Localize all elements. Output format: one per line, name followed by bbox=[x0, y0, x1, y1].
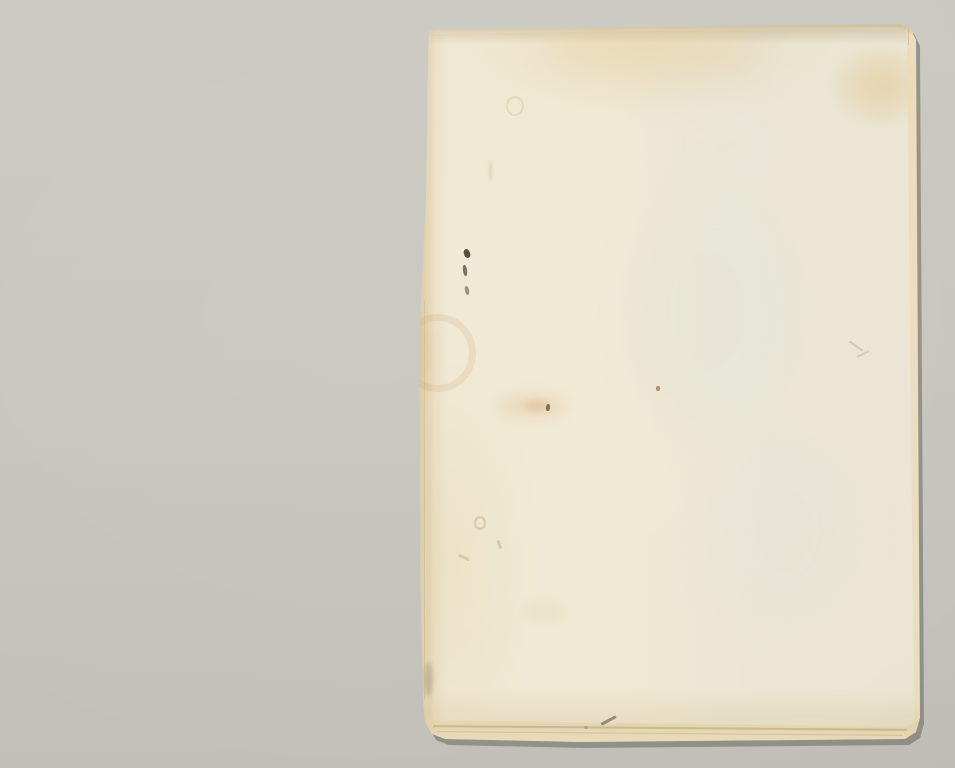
faint-y-mark bbox=[458, 554, 470, 561]
squiggle-stain-b bbox=[856, 350, 870, 358]
faint-p-mark bbox=[497, 540, 502, 549]
showthrough-patch-1 bbox=[620, 190, 800, 430]
warm-stain-top-right bbox=[845, 55, 915, 115]
faint-ring-top bbox=[506, 96, 524, 116]
pencil-dot-bottom bbox=[584, 726, 588, 729]
center-stain bbox=[498, 393, 566, 419]
showthrough-patch-2 bbox=[700, 430, 870, 630]
faint-stain-bottom-center bbox=[525, 600, 565, 622]
spine-edge-smudge bbox=[424, 662, 433, 696]
ink-speck-1 bbox=[463, 248, 472, 259]
faint-scratch-topleft bbox=[489, 160, 492, 182]
squiggle-stain-a bbox=[849, 341, 863, 352]
red-speck bbox=[656, 386, 660, 391]
ink-speck-2 bbox=[462, 265, 467, 276]
ink-speck-3 bbox=[464, 286, 470, 296]
pencil-mark-bottom bbox=[600, 715, 616, 725]
faint-o-mark bbox=[474, 516, 486, 530]
center-stain-speck bbox=[546, 404, 550, 411]
photo-scene bbox=[0, 0, 955, 768]
showthrough-patch-3 bbox=[640, 90, 790, 200]
center-stain-core bbox=[524, 400, 550, 412]
